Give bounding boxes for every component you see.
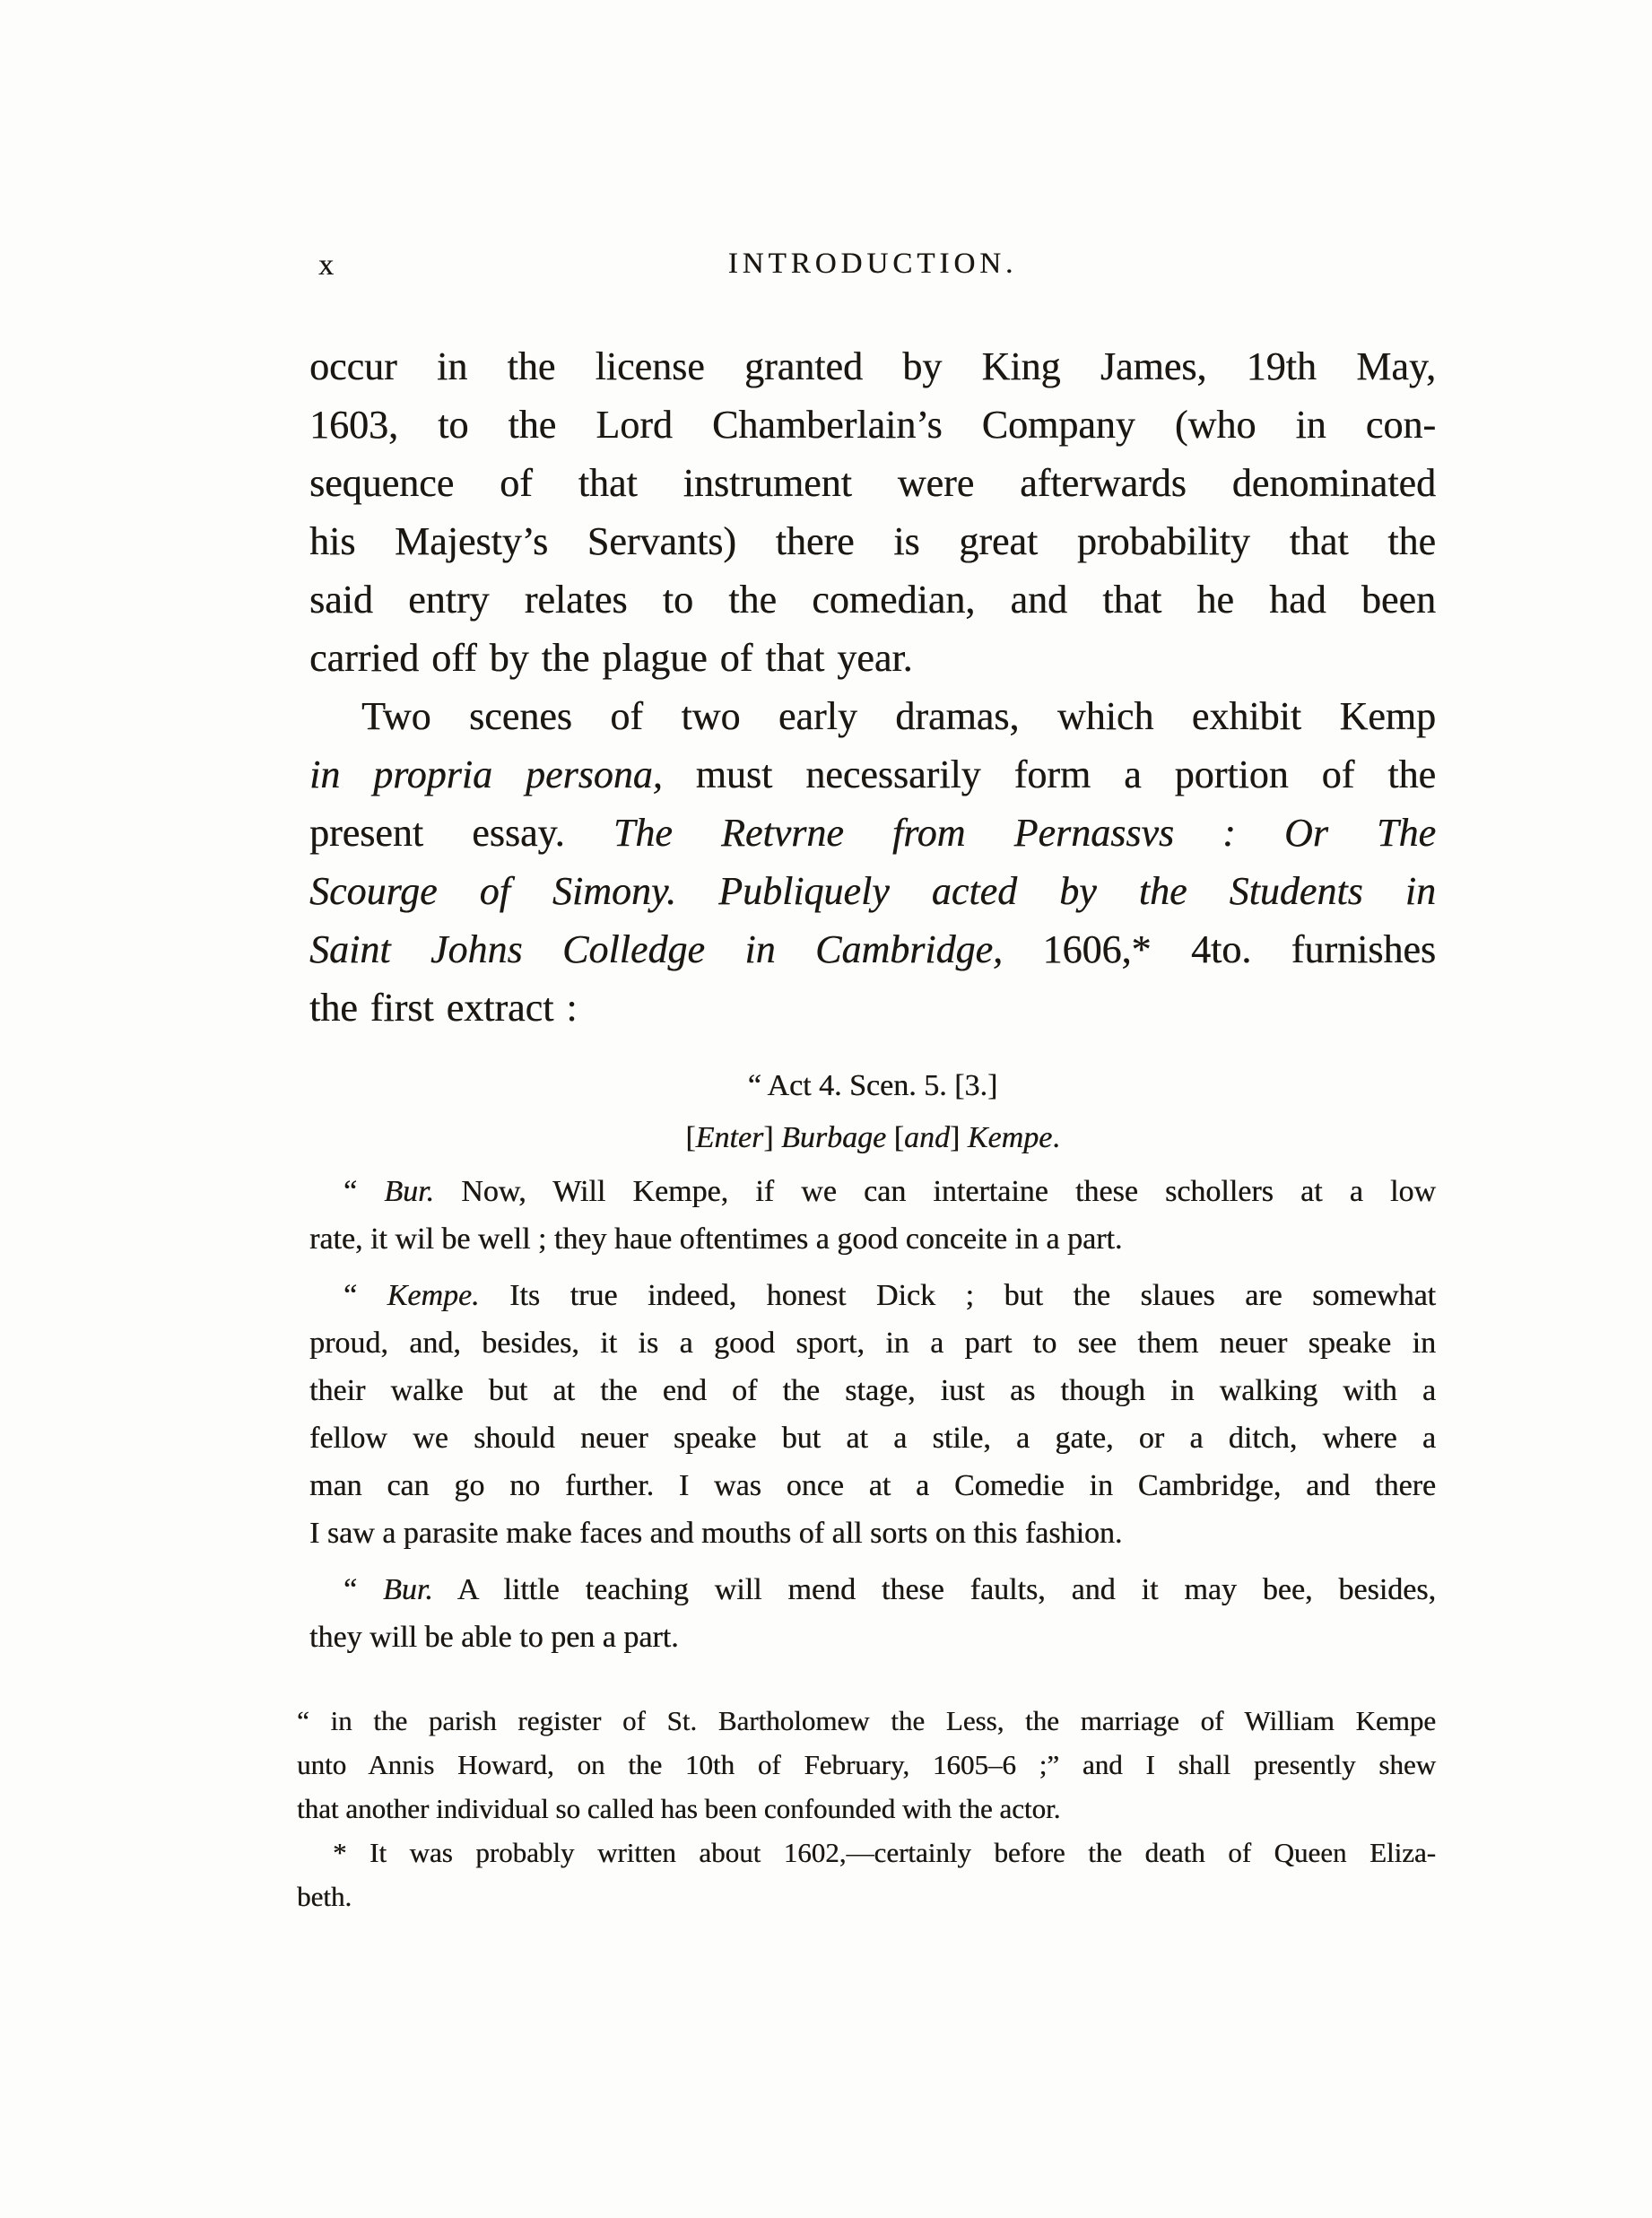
italic-text: Kempe	[968, 1121, 1052, 1154]
text-line: “ in the parish register of St. Bartholo…	[297, 1699, 1436, 1743]
text-segment: said entry relates to the comedian, and …	[309, 578, 1436, 622]
text-line: proud, and, besides, it is a good sport,…	[309, 1319, 1436, 1367]
running-title: INTRODUCTION.	[309, 244, 1436, 283]
text-segment: “	[343, 1279, 387, 1312]
italic-text: Bur.	[384, 1175, 434, 1208]
text-line: beth.	[297, 1874, 1436, 1918]
speech-burbage-1: “ Bur. Now, Will Kempe, if we can intert…	[309, 1168, 1436, 1263]
text-segment: carried off by the plague of that year.	[309, 636, 913, 680]
text-line: rate, it wil be well ; they haue oftenti…	[309, 1215, 1436, 1263]
text-segment: I saw a parasite make faces and mouths o…	[309, 1517, 1122, 1550]
text-segment: [	[886, 1121, 904, 1154]
text-line: 1603, to the Lord Chamberlain’s Company …	[309, 396, 1436, 454]
text-segment: ]	[950, 1121, 968, 1154]
paragraph-two-scenes: Two scenes of two early dramas, which ex…	[309, 687, 1436, 1037]
text-line: [Enter] Burbage [and] Kempe.	[309, 1112, 1436, 1164]
italic-text: Kempe.	[387, 1279, 480, 1312]
italic-text: Scourge of Simony. Publiquely acted by t…	[309, 869, 1436, 913]
speech-kempe: “ Kempe. Its true indeed, honest Dick ; …	[309, 1272, 1436, 1557]
text-line: that another individual so called has be…	[297, 1787, 1436, 1831]
text-line: in propria persona, must necessarily for…	[309, 745, 1436, 804]
text-line: “ Act 4. Scen. 5. [3.]	[309, 1060, 1436, 1112]
text-segment: .	[1052, 1121, 1060, 1154]
text-line: man can go no further. I was once at a C…	[309, 1462, 1436, 1509]
text-line: Scourge of Simony. Publiquely acted by t…	[309, 862, 1436, 920]
text-segment: his Majesty’s Servants) there is great p…	[309, 519, 1436, 563]
speech-burbage-2: “ Bur. A little teaching will mend these…	[309, 1566, 1436, 1661]
text-segment: unto Annis Howard, on the 10th of Februa…	[297, 1749, 1436, 1780]
text-line: sequence of that instrument were afterwa…	[309, 454, 1436, 512]
text-segment: “ Act 4. Scen. 5. [3.]	[748, 1069, 998, 1102]
text-line: “ Kempe. Its true indeed, honest Dick ; …	[309, 1272, 1436, 1319]
text-segment: the first extract :	[309, 986, 578, 1030]
text-segment: fellow we should neuer speake but at a s…	[309, 1422, 1436, 1455]
text-segment: man can go no further. I was once at a C…	[309, 1469, 1436, 1502]
text-segment: Two scenes of two early dramas, which ex…	[361, 694, 1436, 738]
text-line: I saw a parasite make faces and mouths o…	[309, 1509, 1436, 1557]
text-segment: present essay.	[309, 811, 613, 855]
text-segment: “	[343, 1175, 384, 1208]
text-line: Saint Johns Colledge in Cambridge, 1606,…	[309, 920, 1436, 979]
text-line: present essay. The Retvrne from Pernassv…	[309, 804, 1436, 862]
text-segment: Now, Will Kempe, if we can intertaine th…	[434, 1175, 1436, 1208]
text-line: unto Annis Howard, on the 10th of Februa…	[297, 1743, 1436, 1787]
extract-heading: “ Act 4. Scen. 5. [3.][Enter] Burbage [a…	[309, 1060, 1436, 1164]
italic-text: Burbage	[781, 1121, 886, 1154]
text-line: they will be able to pen a part.	[309, 1613, 1436, 1661]
paragraph-license: occur in the license granted by King Jam…	[309, 337, 1436, 687]
text-column-blocks: occur in the license granted by King Jam…	[309, 337, 1436, 1918]
running-header: x INTRODUCTION.	[309, 244, 1436, 285]
text-segment: sequence of that instrument were afterwa…	[309, 461, 1436, 505]
text-segment: rate, it wil be well ; they haue oftenti…	[309, 1222, 1122, 1256]
text-line: carried off by the plague of that year.	[309, 629, 1436, 687]
text-segment: “	[343, 1573, 383, 1606]
text-line: their walke but at the end of the stage,…	[309, 1367, 1436, 1414]
text-segment: their walke but at the end of the stage,…	[309, 1374, 1436, 1407]
text-column: x INTRODUCTION. occur in the license gra…	[309, 244, 1436, 1918]
text-segment: beth.	[297, 1881, 352, 1912]
text-segment: must necessarily form a portion of the	[663, 752, 1436, 796]
text-segment: [	[685, 1121, 695, 1154]
text-line: said entry relates to the comedian, and …	[309, 570, 1436, 629]
text-segment: 1603, to the Lord Chamberlain’s Company …	[309, 403, 1436, 447]
text-line: “ Bur. Now, Will Kempe, if we can intert…	[309, 1168, 1436, 1215]
page-number: x	[318, 246, 334, 285]
text-segment: proud, and, besides, it is a good sport,…	[309, 1326, 1436, 1360]
text-line: Two scenes of two early dramas, which ex…	[309, 687, 1436, 745]
italic-text: The Retvrne from Pernassvs : Or The	[613, 811, 1436, 855]
footnote-parish-register: “ in the parish register of St. Bartholo…	[297, 1699, 1436, 1831]
text-line: the first extract :	[309, 979, 1436, 1037]
italic-text: Bur.	[383, 1573, 433, 1606]
footnote-asterisk: * It was probably written about 1602,—ce…	[297, 1831, 1436, 1918]
text-line: * It was probably written about 1602,—ce…	[297, 1831, 1436, 1874]
text-segment: * It was probably written about 1602,—ce…	[333, 1837, 1436, 1868]
text-line: “ Bur. A little teaching will mend these…	[309, 1566, 1436, 1613]
text-segment: Its true indeed, honest Dick ; but the s…	[480, 1279, 1436, 1312]
text-segment: that another individual so called has be…	[297, 1793, 1060, 1824]
italic-text: Enter	[696, 1121, 764, 1154]
text-segment: ]	[763, 1121, 781, 1154]
italic-text: in propria persona,	[309, 752, 663, 796]
text-segment: “ in the parish register of St. Bartholo…	[297, 1705, 1436, 1736]
text-segment: occur in the license granted by King Jam…	[309, 344, 1436, 388]
text-line: his Majesty’s Servants) there is great p…	[309, 512, 1436, 570]
text-line: fellow we should neuer speake but at a s…	[309, 1414, 1436, 1462]
text-segment: they will be able to pen a part.	[309, 1621, 679, 1654]
book-page: x INTRODUCTION. occur in the license gra…	[0, 0, 1652, 2218]
text-segment: 1606,* 4to. furnishes	[1003, 927, 1436, 971]
text-segment: A little teaching will mend these faults…	[433, 1573, 1436, 1606]
text-line: occur in the license granted by King Jam…	[309, 337, 1436, 396]
italic-text: Saint Johns Colledge in Cambridge,	[309, 927, 1003, 971]
italic-text: and	[904, 1121, 950, 1154]
